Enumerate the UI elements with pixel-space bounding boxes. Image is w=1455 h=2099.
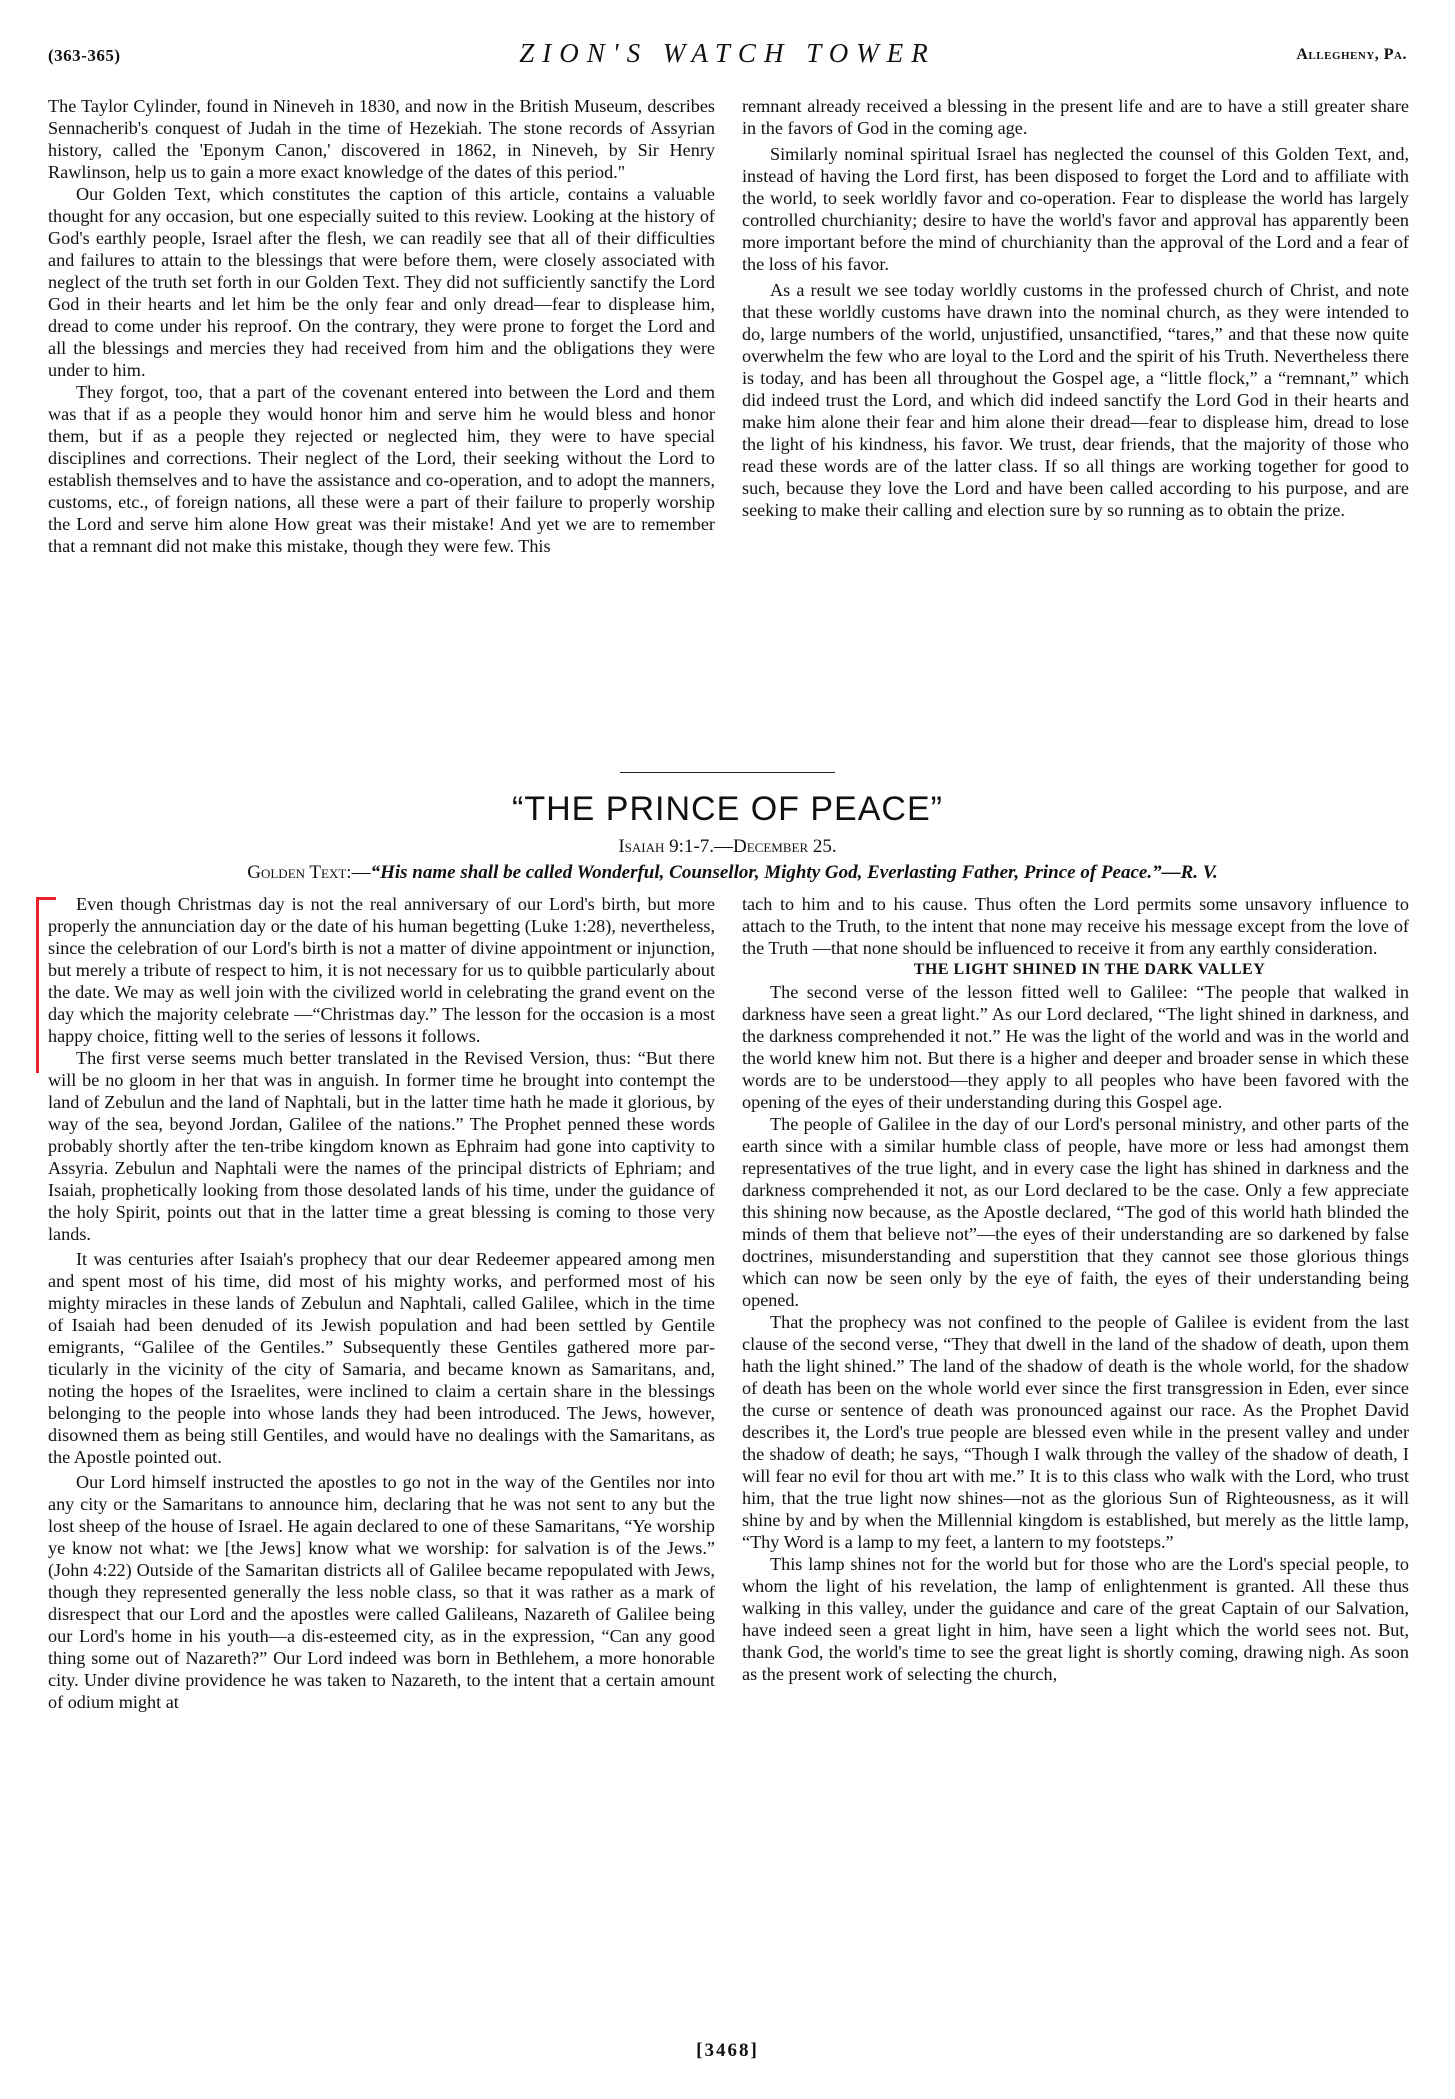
section-divider <box>620 772 835 773</box>
paragraph: remnant already received a blessing in t… <box>742 95 1409 139</box>
running-head: (363-365) ZION'S WATCH TOWER Allegheny, … <box>48 38 1407 78</box>
publication-place: Allegheny, Pa. <box>1296 46 1407 64</box>
paragraph: They forgot, too, that a part of the cov… <box>48 381 715 557</box>
scripture-reference: Isaiah 9:1-7.—December 25. <box>0 836 1455 858</box>
paragraph: tach to him and to his cause. Thus often… <box>742 893 1409 959</box>
paragraph: Even though Christmas day is not the rea… <box>48 893 715 1047</box>
subheading: THE LIGHT SHINED IN THE DARK VALLEY <box>742 959 1409 981</box>
golden-text-label: Golden Text:— <box>247 862 370 883</box>
publication-title: ZION'S WATCH TOWER <box>48 38 1407 69</box>
paragraph: This lamp shines not for the world but f… <box>742 1553 1409 1685</box>
page-number: [3468] <box>0 2040 1455 2062</box>
paragraph: It was centuries after Isaiah's prophecy… <box>48 1248 715 1468</box>
golden-text: Golden Text:—“His name shall be called W… <box>40 862 1425 884</box>
paragraph: The second verse of the lesson fitted we… <box>742 981 1409 1113</box>
golden-text-quote: “His name shall be called Wonderful, Cou… <box>371 862 1162 883</box>
paragraph: That the prophecy was not confined to th… <box>742 1311 1409 1553</box>
article-right-column: tach to him and to his cause. Thus often… <box>742 893 1409 1685</box>
article-left-column: Even though Christmas day is not the rea… <box>48 893 715 1713</box>
article-title: “THE PRINCE OF PEACE” <box>0 790 1455 829</box>
paragraph: Similarly nominal spiritual Israel has n… <box>742 143 1409 275</box>
continued-article-left-column: The Taylor Cylinder, found in Nineveh in… <box>48 95 715 557</box>
paragraph: Our Lord himself instructed the apostles… <box>48 1471 715 1713</box>
paragraph: The Taylor Cylinder, found in Nineveh in… <box>48 95 715 183</box>
continued-article-right-column: remnant already received a blessing in t… <box>742 95 1409 521</box>
paragraph: As a result we see today worldly customs… <box>742 279 1409 521</box>
golden-text-source: —R. V. <box>1162 862 1218 883</box>
paragraph: The first verse seems much better transl… <box>48 1047 715 1245</box>
paragraph: Our Golden Text, which constitutes the c… <box>48 183 715 381</box>
paragraph: The people of Galilee in the day of our … <box>742 1113 1409 1311</box>
